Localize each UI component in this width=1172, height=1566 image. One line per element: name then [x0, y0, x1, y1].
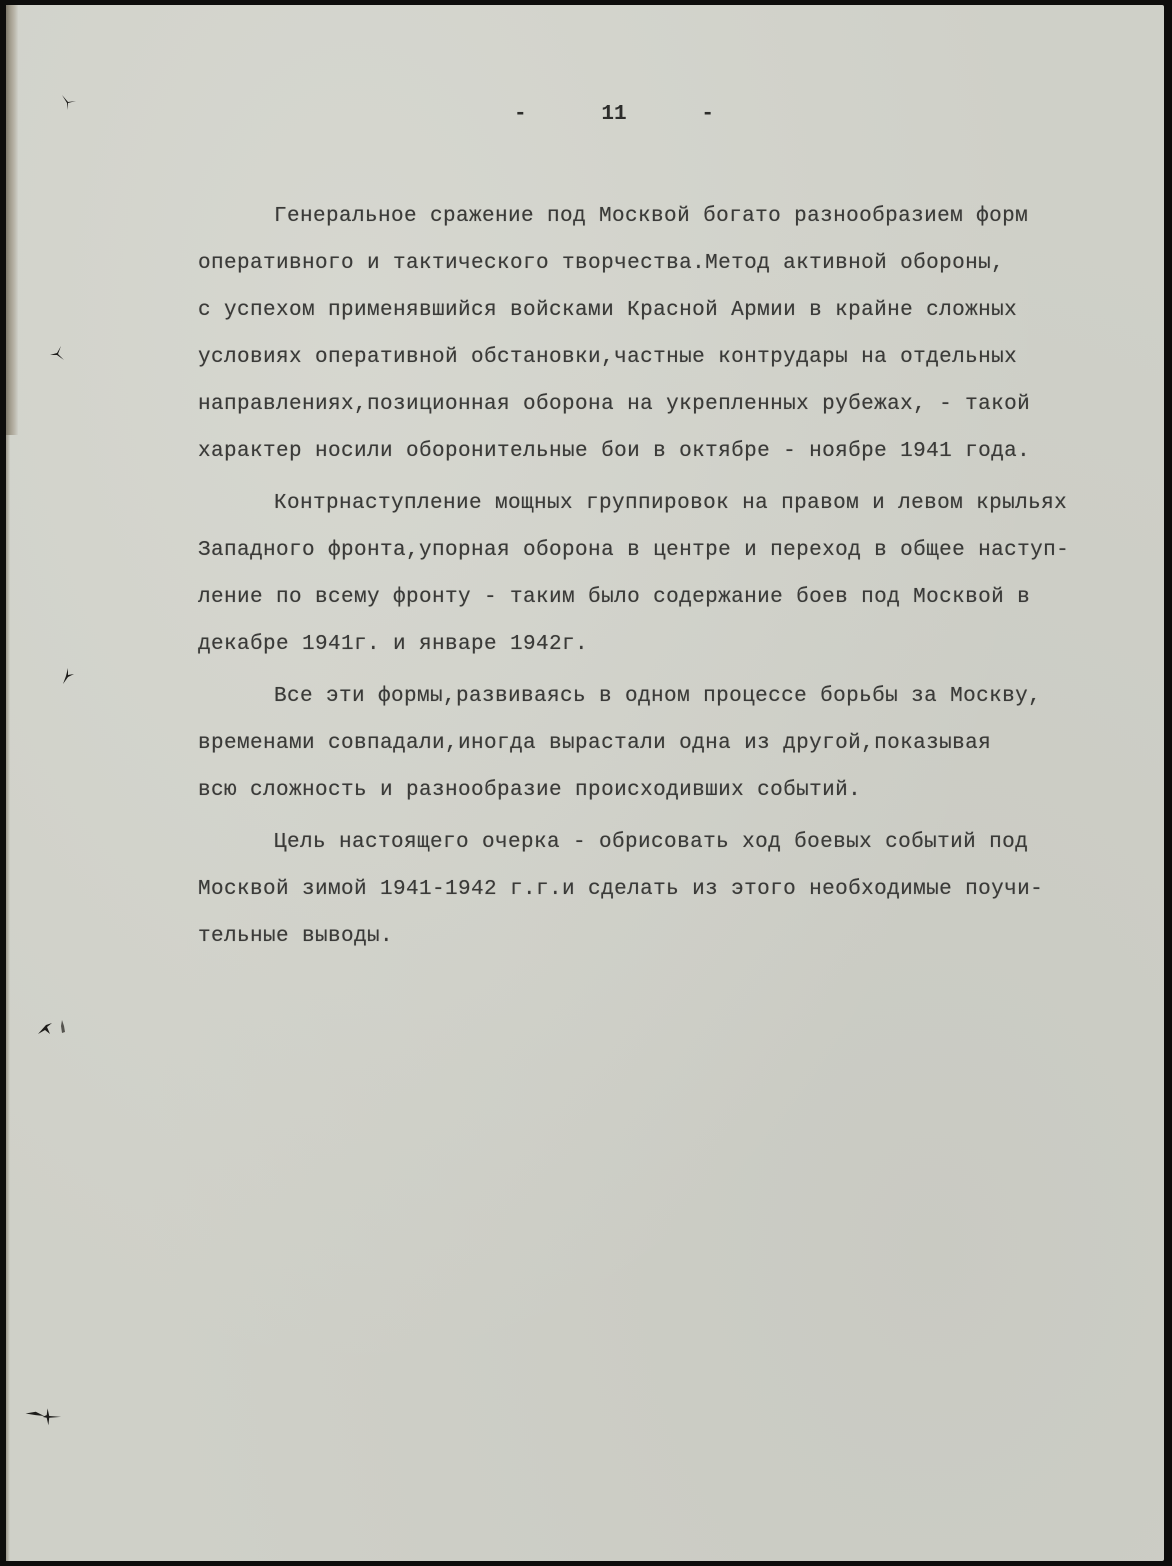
- punch-hole-icon: [57, 91, 79, 113]
- text-line: с успехом применявшийся войсками Красной…: [198, 287, 1128, 334]
- document-page: - 11 - Генеральное сражение под Москвой …: [6, 5, 1164, 1561]
- text-line: Генеральное сражение под Москвой богато …: [198, 193, 1128, 240]
- text-line: направлениях,позиционная оборона на укре…: [198, 381, 1128, 428]
- text-line: Контрнаступление мощных группировок на п…: [198, 480, 1128, 527]
- text-line: декабре 1941г. и январе 1942г.: [198, 621, 1128, 668]
- text-line: ление по всему фронту - таким было содер…: [198, 574, 1128, 621]
- paragraph: Цель настоящего очерка - обрисовать ход …: [198, 819, 1128, 960]
- page-number: - 11 -: [514, 103, 714, 126]
- page-number-value: 11: [601, 103, 626, 126]
- page-edge-shadow: [6, 435, 10, 1561]
- page-number-dash-right: -: [701, 103, 714, 126]
- page-number-dash-left: -: [514, 103, 527, 126]
- text-line: Западного фронта,упорная оборона в центр…: [198, 527, 1128, 574]
- text-line: Цель настоящего очерка - обрисовать ход …: [198, 819, 1128, 866]
- text-line: Все эти формы,развиваясь в одном процесс…: [198, 673, 1128, 720]
- text-line: временами совпадали,иногда вырастали одн…: [198, 720, 1128, 767]
- paragraph: Контрнаступление мощных группировок на п…: [198, 480, 1128, 668]
- punch-hole-icon: [46, 343, 68, 365]
- punch-hole-icon: [18, 1405, 72, 1427]
- text-line: условиях оперативной обстановки,частные …: [198, 334, 1128, 381]
- text-line: всю сложность и разнообразие происходивш…: [198, 767, 1128, 814]
- paragraph: Генеральное сражение под Москвой богато …: [198, 193, 1128, 475]
- punch-hole-icon: [32, 1017, 76, 1039]
- text-line: оперативного и тактического творчества.М…: [198, 240, 1128, 287]
- paragraph: Все эти формы,развиваясь в одном процесс…: [198, 673, 1128, 814]
- text-line: тельные выводы.: [198, 913, 1128, 960]
- typewritten-body: Генеральное сражение под Москвой богато …: [198, 193, 1128, 965]
- text-line: Москвой зимой 1941-1942 г.г.и сделать из…: [198, 866, 1128, 913]
- torn-binding-edge: [6, 5, 18, 435]
- punch-hole-icon: [56, 665, 78, 687]
- text-line: характер носили оборонительные бои в окт…: [198, 428, 1128, 475]
